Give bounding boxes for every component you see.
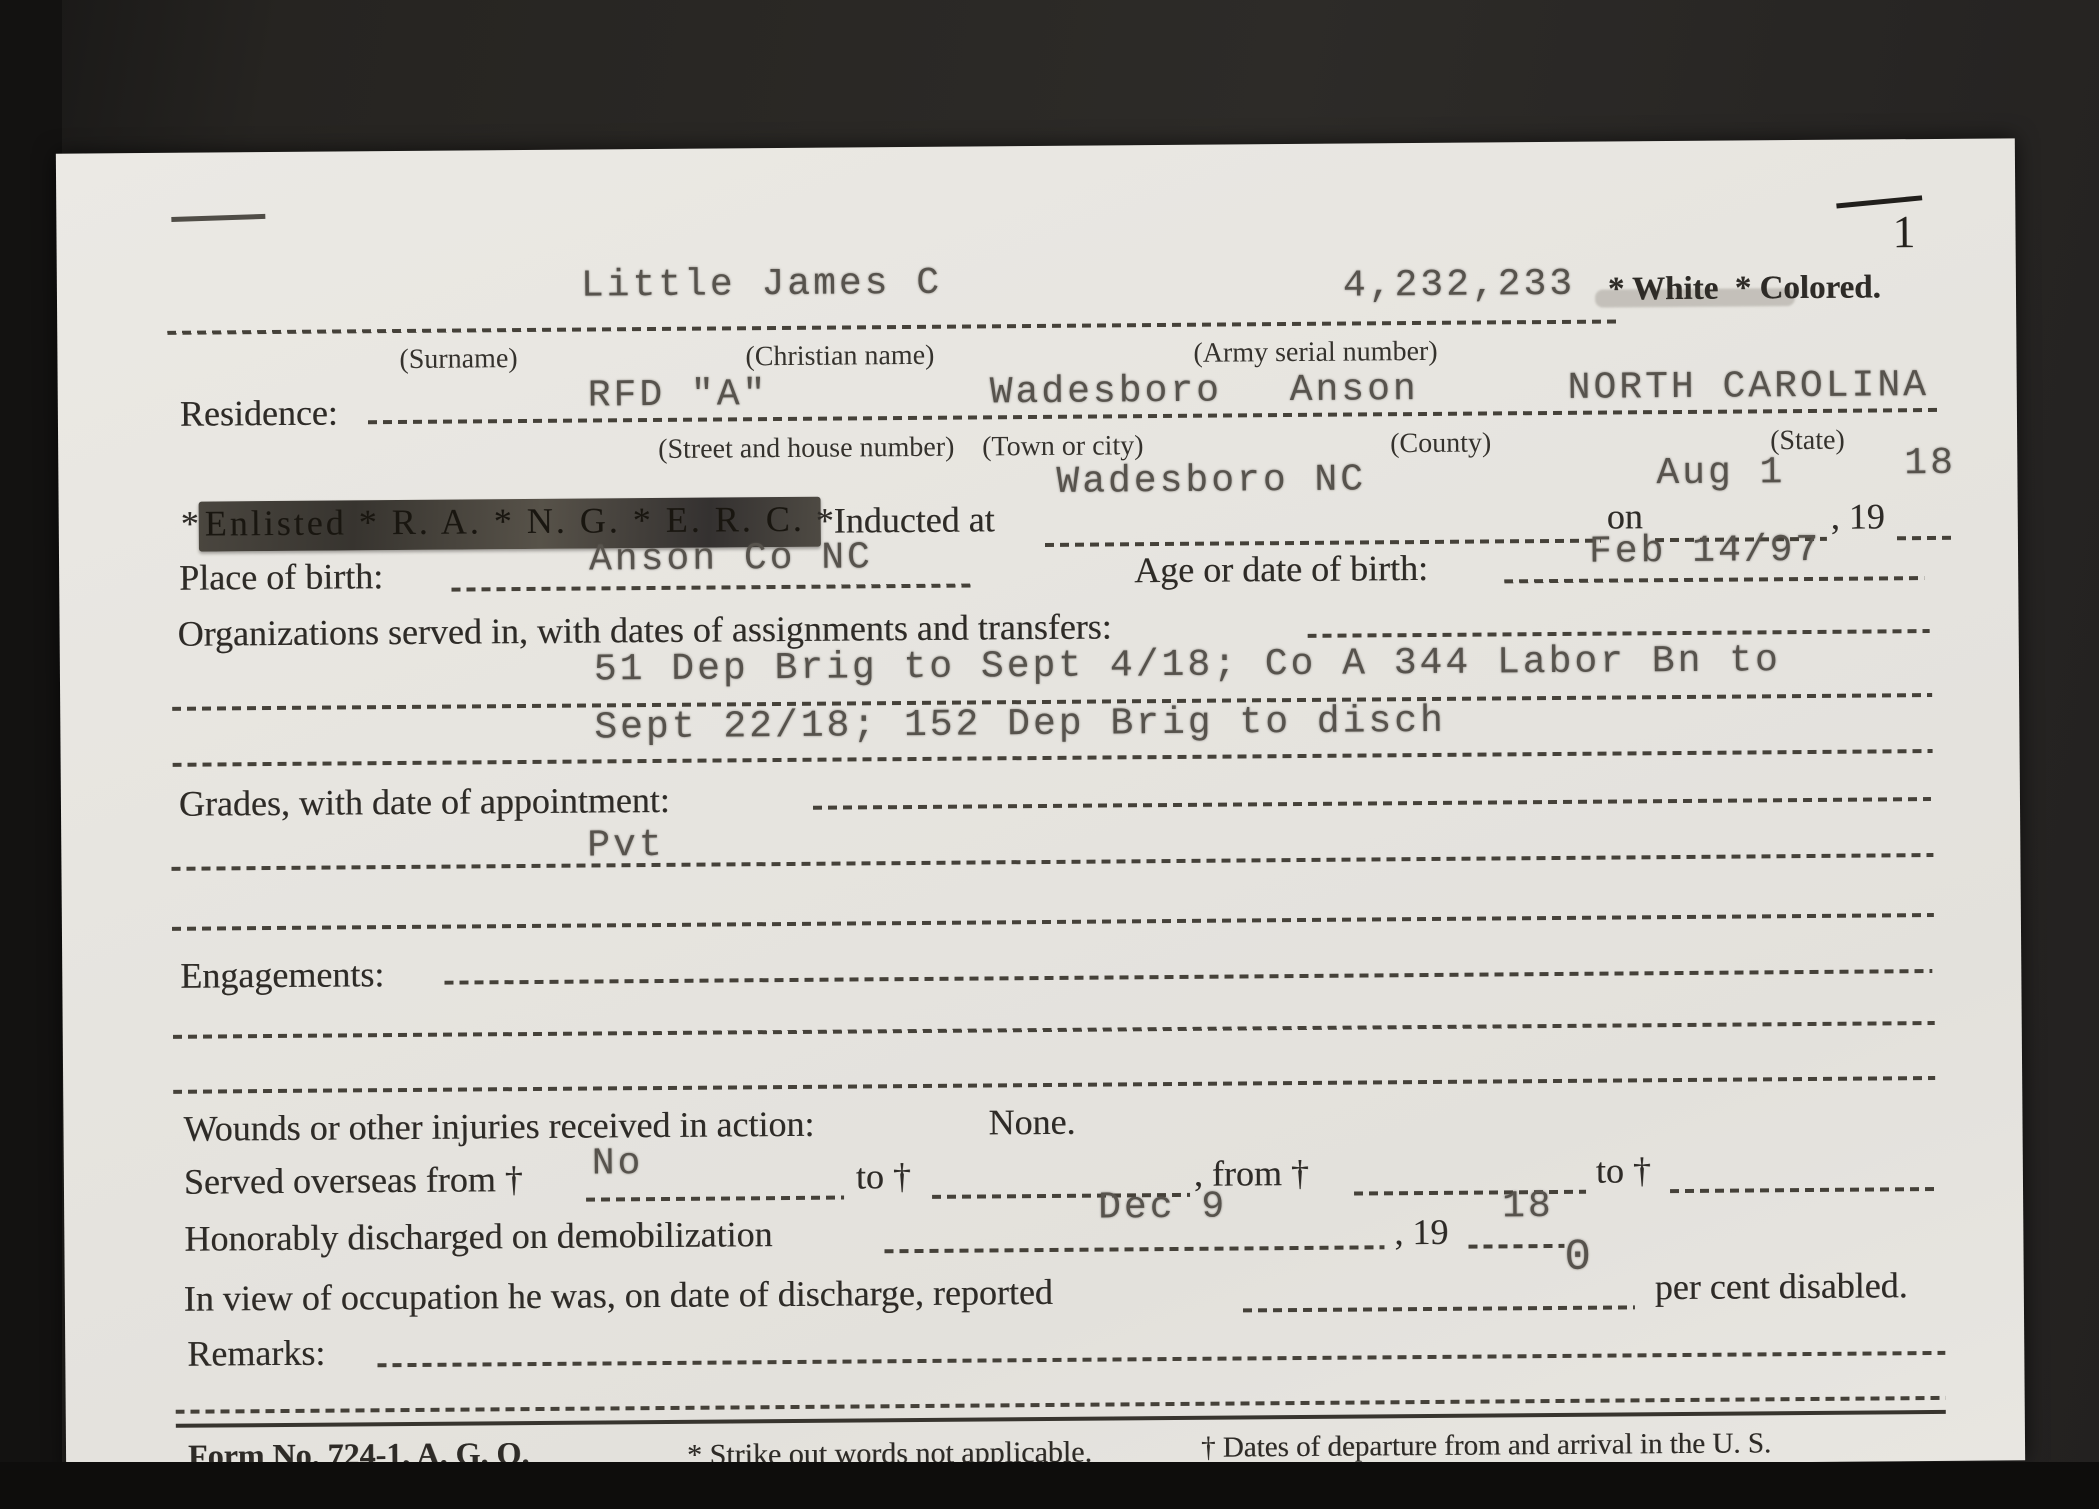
name-dotted-line: [167, 319, 1619, 334]
grades-label: Grades, with date of appointment:: [179, 781, 670, 824]
disability-label: In view of occupation he was, on date of…: [184, 1273, 1053, 1319]
overseas-dotted-line-4: [1670, 1187, 1938, 1193]
discharge-label: Honorably discharged on demobilization: [184, 1215, 772, 1259]
residence-label: Residence:: [180, 394, 338, 435]
discharge-dotted-line: [884, 1245, 1384, 1253]
discharge-year-dotted-line: [1468, 1244, 1564, 1249]
disability-suffix-label: per cent disabled.: [1655, 1266, 1908, 1308]
wounds-label: Wounds or other injuries received in act…: [183, 1105, 814, 1150]
year-19-prefix: , 19: [1831, 497, 1885, 537]
age-label: Age or date of birth:: [1134, 549, 1428, 591]
disability-dotted-line: [1243, 1305, 1635, 1312]
engagements-label: Engagements:: [180, 955, 384, 996]
army-serial-value: 4,232,233: [1343, 266, 1576, 306]
residence-state-value: NORTH CAROLINA: [1568, 367, 1930, 408]
discharge-year-value: 18: [1502, 1188, 1554, 1226]
discharge-date-value: Dec 9: [1098, 1189, 1227, 1228]
overseas-from-label: Served overseas from †: [184, 1160, 523, 1202]
organizations-line1-value: 51 Dep Brig to Sept 4/18; Co A 344 Labor…: [594, 642, 1781, 689]
disability-percent-value: 0: [1564, 1236, 1594, 1280]
army-serial-label: (Army serial number): [1193, 337, 1437, 370]
surname-label: (Surname): [399, 344, 517, 376]
christian-name-label: (Christian name): [745, 341, 934, 373]
residence-town-value: Wadesboro: [990, 373, 1223, 413]
induction-year-value: 18: [1904, 445, 1956, 483]
remarks-label: Remarks:: [187, 1334, 325, 1375]
scanned-page: { "page_number": "1", "header": { "name_…: [0, 0, 2099, 1509]
place-of-birth-label: Place of birth:: [179, 557, 383, 598]
residence-street-value: RFD "A": [588, 376, 769, 415]
engagements-dotted-line: [444, 969, 1932, 985]
place-of-birth-value: Anson Co NC: [589, 539, 873, 579]
scan-black-margin-bottom: [0, 1462, 2099, 1509]
birth-place-dotted-line: [451, 584, 975, 592]
inducted-place-value: Wadesboro NC: [1056, 461, 1366, 501]
blank-dotted-line-2: [173, 1021, 1935, 1039]
induction-date-value: Aug 1: [1656, 454, 1785, 493]
grades-dotted-line: [813, 797, 1931, 810]
soldier-name-value: Little James C: [581, 265, 943, 306]
wounds-value: None.: [988, 1103, 1075, 1143]
overseas-to-label-1: to †: [856, 1157, 911, 1197]
race-options: * White * Colored.: [1608, 269, 1881, 307]
blank-dotted-line-1: [172, 913, 1934, 931]
page-number: 1: [1892, 205, 1915, 258]
dagger-note: † Dates of departure from and arrival in…: [1201, 1428, 1771, 1464]
blank-dotted-line-3: [173, 1076, 1935, 1094]
overseas-to-label-2: to †: [1596, 1151, 1651, 1191]
discharge-year-prefix: , 19: [1394, 1213, 1448, 1253]
grades-fill-dotted-line: [171, 853, 1933, 871]
county-label: (County): [1390, 428, 1491, 460]
scan-black-margin-left: [0, 0, 62, 1509]
grade-value: Pvt: [587, 827, 665, 866]
street-label: (Street and house number): [658, 433, 954, 466]
inducted-at-label: *Inducted at: [816, 500, 995, 541]
birth-date-value: Feb 14/97: [1589, 532, 1822, 572]
induction-year-dotted-line: [1897, 536, 1955, 540]
organizations-line2-dotted-line: [173, 749, 1933, 767]
town-label: (Town or city): [982, 431, 1144, 463]
inducted-dotted-line: [1045, 539, 1601, 547]
residence-county-value: Anson: [1290, 371, 1419, 410]
overseas-dotted-line-1: [586, 1196, 844, 1202]
enlistment-asterisk: *: [181, 504, 199, 544]
service-record-card: 1 Little James C 4,232,233 * White * Col…: [56, 138, 2025, 1475]
remarks-dotted-line: [377, 1351, 1945, 1367]
organizations-dotted-line: [1308, 629, 1930, 638]
bottom-solid-line: [176, 1410, 1946, 1428]
pencil-dash-mark: [171, 214, 265, 222]
organizations-line2-value: Sept 22/18; 152 Dep Brig to disch: [594, 703, 1446, 748]
overseas-from-value: No: [592, 1145, 644, 1183]
birth-date-dotted-line: [1504, 576, 1924, 583]
